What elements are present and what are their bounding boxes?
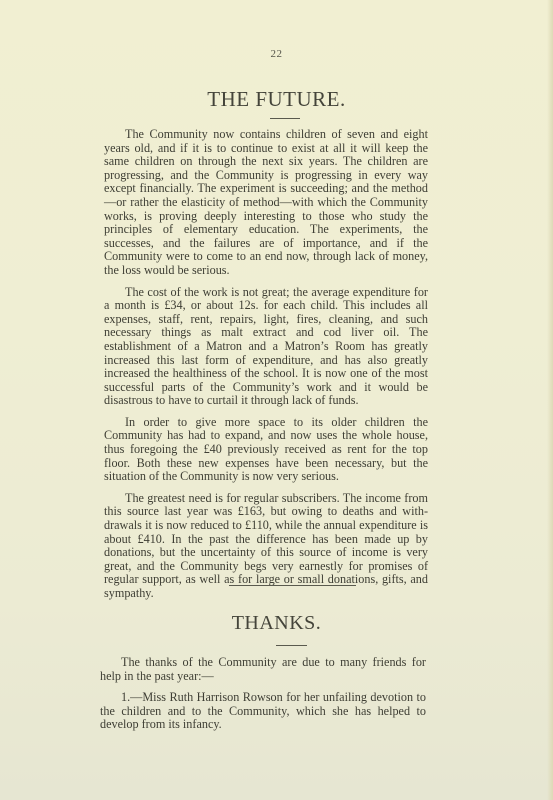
paragraph-thanks-intro: The thanks of the Community are due to m… — [100, 656, 426, 683]
thanks-section-body: The thanks of the Community are due to m… — [100, 656, 426, 740]
title-underline-rule — [270, 118, 300, 119]
page-number: 22 — [0, 48, 553, 60]
paragraph-thanks-item-1: 1.—Miss Ruth Harrison Rowson for her unf… — [100, 691, 426, 732]
paragraph-community-progress: The Community now contains children of s… — [104, 128, 428, 278]
document-page: 22 THE FUTURE. The Community now contain… — [0, 0, 553, 800]
paragraph-cost-of-work: The cost of the work is not great; the a… — [104, 286, 428, 408]
section-title-the-future: THE FUTURE. — [0, 87, 553, 112]
paragraph-space-expansion: In order to give more space to its older… — [104, 416, 428, 484]
title-underline-rule — [276, 645, 307, 646]
the-future-section-body: The Community now contains children of s… — [104, 128, 428, 609]
section-title-thanks: THANKS. — [0, 612, 553, 635]
section-divider-rule — [229, 585, 356, 586]
